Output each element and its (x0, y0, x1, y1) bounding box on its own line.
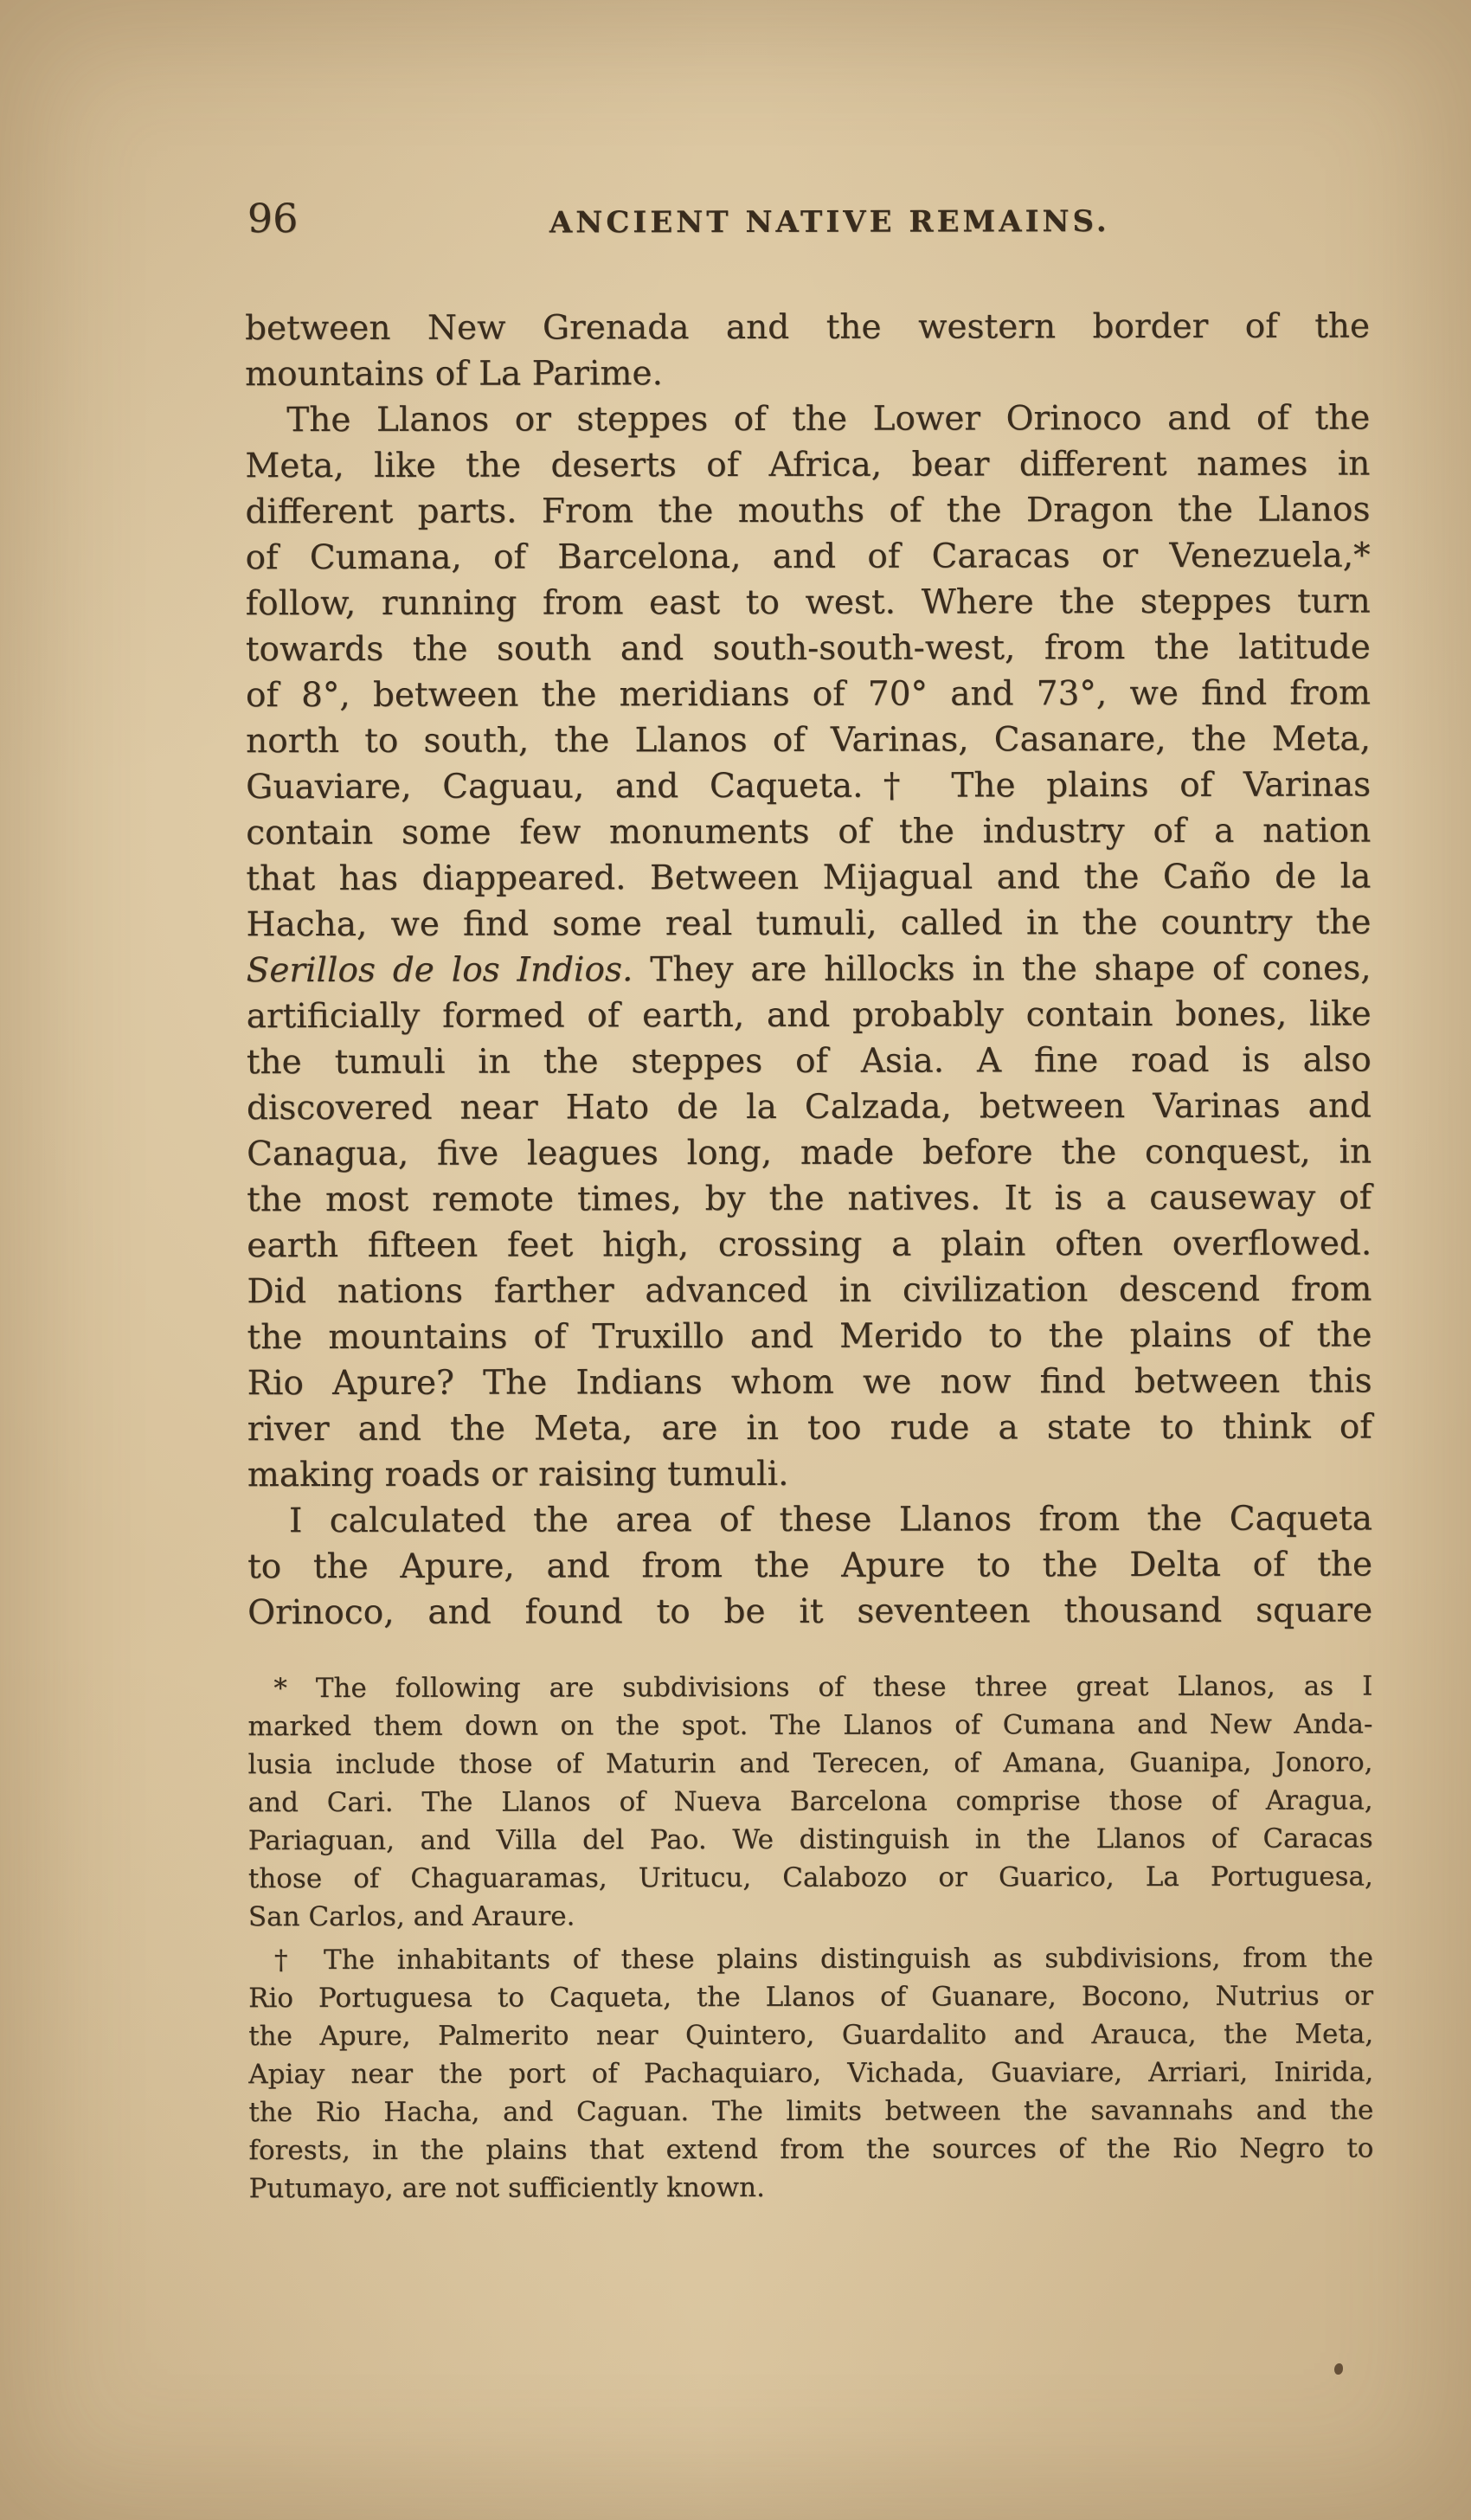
text-line: The Llanos or steppes of the Lower Orino… (245, 395, 1370, 443)
text-line: towards the south and south-south-west, … (246, 624, 1371, 672)
footnote-dagger: † The inhabitants of these plains distin… (248, 1938, 1374, 2208)
footnote-line: Pariaguan, and Villa del Pao. We disting… (248, 1819, 1373, 1860)
text-line: follow, running from east to west. Where… (246, 578, 1371, 627)
footnote-line: Putumayo, are not sufficiently known. (249, 2167, 1374, 2208)
footnote-line: * The following are subdivisions of thes… (247, 1667, 1372, 1707)
text-line: Orinoco, and found to be it seventeen th… (247, 1587, 1372, 1636)
footnote-line: Rio Portuguesa to Caqueta, the Llanos of… (248, 1977, 1373, 2017)
footnote-line: † The inhabitants of these plains distin… (248, 1938, 1373, 1979)
footnote-line: the Rio Hacha, and Caguan. The limits be… (248, 2091, 1373, 2131)
footnote-line: lusia include those of Maturin and Terec… (247, 1743, 1372, 1784)
running-header: ANCIENT NATIVE REMAINS. (245, 203, 1370, 241)
footnote-line: those of Chaguaramas, Uritucu, Calabozo … (248, 1857, 1373, 1898)
text-line: different parts. From the mouths of the … (245, 486, 1370, 535)
text-line: Hacha, we find some real tumuli, called … (246, 899, 1371, 948)
text-line: Canagua, five leagues long, made before … (247, 1128, 1371, 1177)
text-line: between New Grenada and the western bord… (245, 303, 1370, 351)
text-line: I calculated the area of these Llanos fr… (247, 1495, 1372, 1544)
text-line: that has diappeared. Between Mijagual an… (246, 853, 1371, 902)
text-line-remainder: They are hillocks in the shape of cones, (633, 948, 1371, 989)
text-line: Serillos de los Indios. They are hillock… (247, 945, 1371, 993)
text-line: mountains of La Parime. (245, 349, 1370, 397)
text-line: Guaviare, Caguau, and Caqueta.† The plai… (246, 762, 1371, 810)
footnote-line: marked them down on the spot. The Llanos… (247, 1705, 1372, 1745)
text-line: discovered near Hato de la Calzada, betw… (247, 1083, 1371, 1131)
footnote-line: forests, in the plains that extend from … (248, 2129, 1373, 2170)
text-line: contain some few monuments of the indust… (246, 807, 1371, 856)
text-line: Rio Apure? The Indians whom we now find … (247, 1358, 1372, 1406)
page-content: 96 ANCIENT NATIVE REMAINS. between New G… (0, 0, 1471, 2520)
footnote-line: Apiay near the port of Pachaquiaro, Vich… (248, 2053, 1373, 2093)
text-line: Did nations farther advanced in civiliza… (247, 1266, 1371, 1315)
italic-phrase: Serillos de los Indios. (247, 950, 633, 990)
footnote-line: the Apure, Palmerito near Quintero, Guar… (248, 2015, 1373, 2055)
footnote-line: and Cari. The Llanos of Nueva Barcelona … (248, 1781, 1373, 1822)
text-line: the most remote times, by the natives. I… (247, 1174, 1371, 1223)
text-line: making roads or raising tumuli. (247, 1450, 1372, 1498)
text-line: of Cumana, of Barcelona, and of Caracas … (246, 532, 1371, 581)
body-text: between New Grenada and the western bord… (245, 303, 1372, 1636)
book-page: 96 ANCIENT NATIVE REMAINS. between New G… (0, 0, 1471, 2520)
footnote-star: * The following are subdivisions of thes… (247, 1667, 1373, 1936)
text-line: of 8°, between the meridians of 70° and … (246, 670, 1371, 718)
text-line: to the Apure, and from the Apure to the … (247, 1541, 1372, 1590)
text-line: river and the Meta, are in too rude a st… (247, 1404, 1372, 1452)
text-line: artificially formed of earth, and probab… (247, 991, 1371, 1039)
footnotes: * The following are subdivisions of thes… (247, 1667, 1373, 2208)
footnote-line: San Carlos, and Araure. (248, 1895, 1373, 1936)
text-line: the mountains of Truxillo and Merido to … (247, 1312, 1371, 1360)
text-line: north to south, the Llanos of Varinas, C… (246, 716, 1371, 764)
text-line: the tumuli in the steppes of Asia. A fin… (247, 1037, 1371, 1085)
text-line: Meta, like the deserts of Africa, bear d… (245, 440, 1370, 489)
text-line: earth fifteen feet high, crossing a plai… (247, 1220, 1371, 1269)
